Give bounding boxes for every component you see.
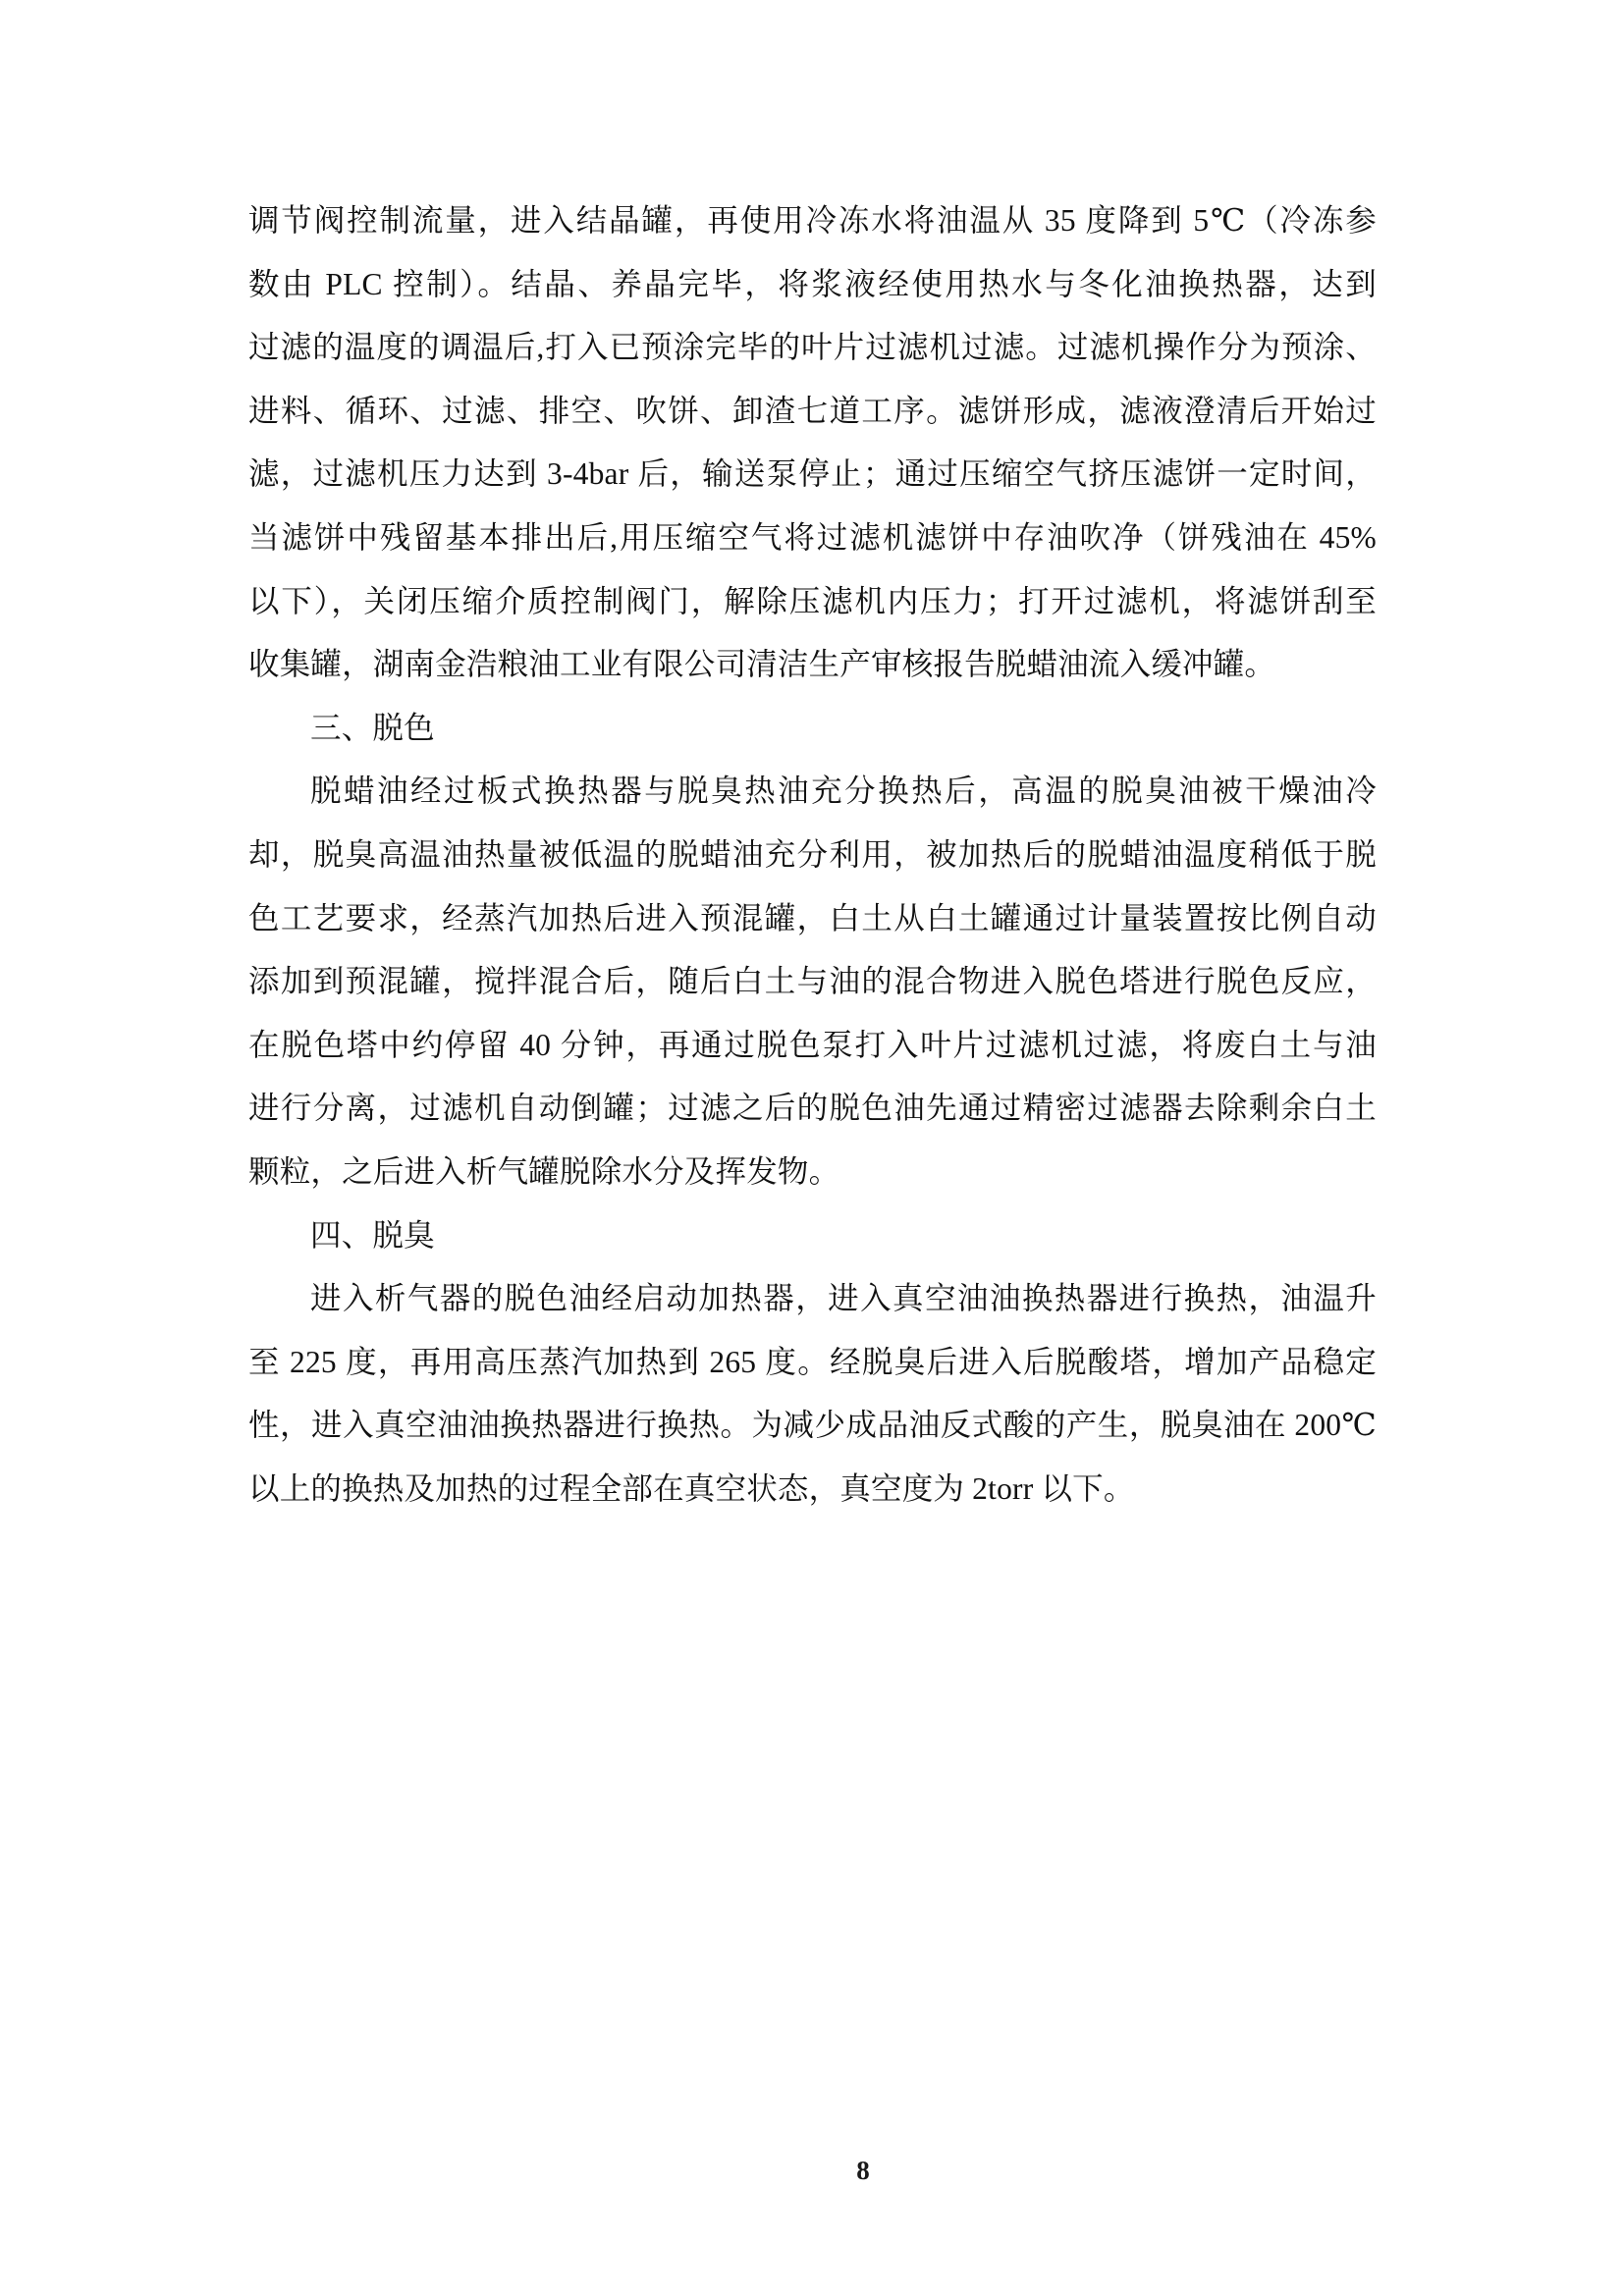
text-line: 性，进入真空油油换热器进行换热。为减少成品油反式酸的产生，脱臭油在 200℃ (248, 1394, 1377, 1458)
text-line: 添加到预混罐，搅拌混合后，随后白土与油的混合物进入脱色塔进行脱色反应， (248, 950, 1377, 1014)
text-line: 颗粒，之后进入析气罐脱除水分及挥发物。 (248, 1141, 1377, 1204)
text-line: 脱蜡油经过板式换热器与脱臭热油充分换热后，高温的脱臭油被干燥油冷 (248, 760, 1377, 824)
text-line: 色工艺要求，经蒸汽加热后进入预混罐，白土从白土罐通过计量装置按比例自动 (248, 887, 1377, 951)
text-line: 以下），关闭压缩介质控制阀门，解除压滤机内压力；打开过滤机，将滤饼刮至 (248, 570, 1377, 634)
text-line: 进入析气器的脱色油经启动加热器，进入真空油油换热器进行换热，油温升 (248, 1267, 1377, 1331)
text-line: 至 225 度，再用高压蒸汽加热到 265 度。经脱臭后进入后脱酸塔，增加产品稳… (248, 1331, 1377, 1395)
document-body: 调节阀控制流量，进入结晶罐，再使用冷冻水将油温从 35 度降到 5℃（冷冻参数由… (248, 189, 1377, 1521)
text-line: 数由 PLC 控制）。结晶、养晶完毕，将浆液经使用热水与冬化油换热器，达到 (248, 253, 1377, 317)
text-line: 以上的换热及加热的过程全部在真空状态，真空度为 2torr 以下。 (248, 1458, 1377, 1522)
text-line: 滤，过滤机压力达到 3-4bar 后，输送泵停止；通过压缩空气挤压滤饼一定时间， (248, 443, 1377, 507)
section-heading: 四、脱臭 (248, 1204, 1377, 1268)
document-page: 调节阀控制流量，进入结晶罐，再使用冷冻水将油温从 35 度降到 5℃（冷冻参数由… (0, 0, 1623, 2296)
text-line: 却，脱臭高温油热量被低温的脱蜡油充分利用，被加热后的脱蜡油温度稍低于脱 (248, 824, 1377, 887)
section-heading: 三、脱色 (248, 697, 1377, 761)
page-number: 8 (834, 2156, 893, 2185)
text-line: 进料、循环、过滤、排空、吹饼、卸渣七道工序。滤饼形成，滤液澄清后开始过 (248, 380, 1377, 444)
text-line: 收集罐，湖南金浩粮油工业有限公司清洁生产审核报告脱蜡油流入缓冲罐。 (248, 633, 1377, 697)
text-line: 调节阀控制流量，进入结晶罐，再使用冷冻水将油温从 35 度降到 5℃（冷冻参 (248, 189, 1377, 253)
text-line: 过滤的温度的调温后,打入已预涂完毕的叶片过滤机过滤。过滤机操作分为预涂、 (248, 316, 1377, 380)
text-line: 进行分离，过滤机自动倒罐；过滤之后的脱色油先通过精密过滤器去除剩余白土 (248, 1077, 1377, 1141)
text-line: 当滤饼中残留基本排出后,用压缩空气将过滤机滤饼中存油吹净（饼残油在 45% (248, 507, 1377, 570)
text-line: 在脱色塔中约停留 40 分钟，再通过脱色泵打入叶片过滤机过滤，将废白土与油 (248, 1014, 1377, 1078)
